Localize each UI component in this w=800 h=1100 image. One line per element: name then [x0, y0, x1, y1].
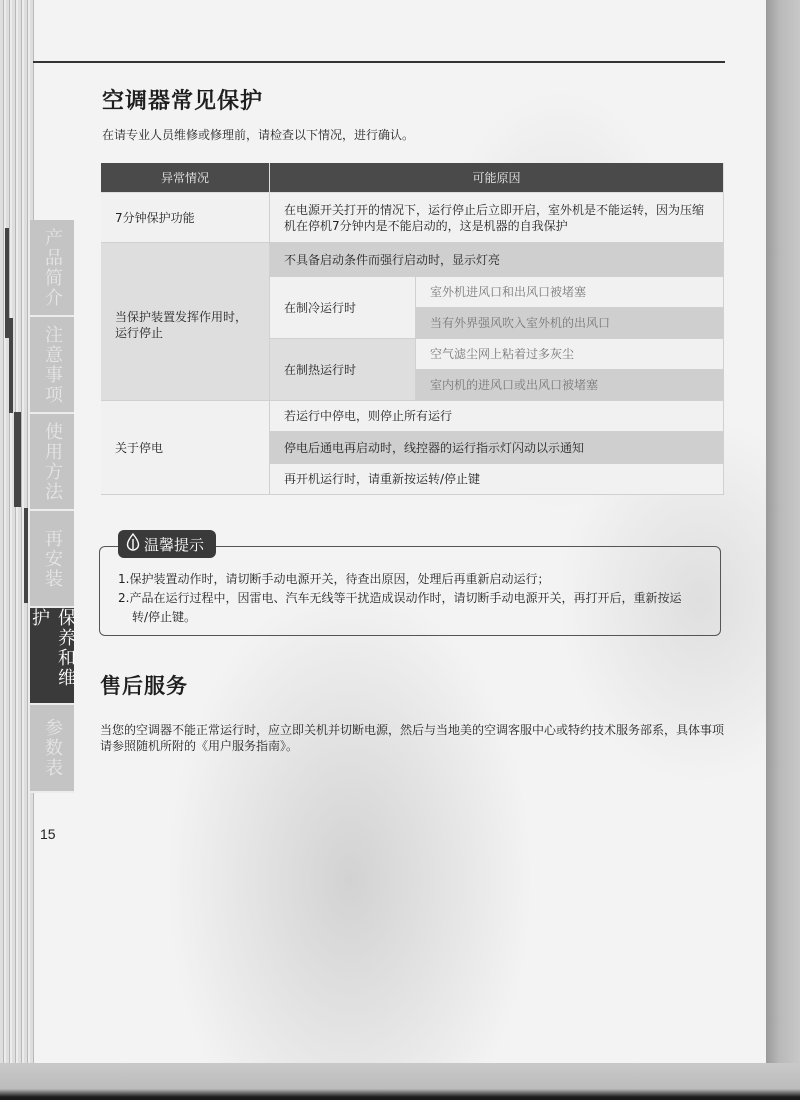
- table-header-cause: 可能原因: [270, 163, 724, 193]
- table-cell-cause: 空气滤尘网上粘着过多灰尘: [416, 339, 724, 370]
- page-edge-shadow-right: [766, 0, 800, 1063]
- section-title-protection: 空调器常见保护: [102, 84, 263, 115]
- section-intro: 在请专业人员维修或修理前，请检查以下情况，进行确认。: [102, 126, 414, 143]
- tab-reinstall[interactable]: 再安装: [30, 511, 74, 608]
- page-number: 15: [40, 826, 56, 842]
- tab-product-intro[interactable]: 产品简介: [30, 220, 74, 317]
- binding-mark: [9, 318, 13, 413]
- warm-tip-badge: 温馨提示: [118, 530, 216, 558]
- table-header-condition: 异常情况: [101, 163, 270, 193]
- warm-tip-content: 1.保护装置动作时，请切断手动电源开关，待查出原因，处理后再重新启动运行； 2.…: [118, 570, 718, 627]
- table-cell-condition: 当保护装置发挥作用时，运行停止: [101, 243, 270, 401]
- tip-line-2: 2.产品在运行过程中，因雷电、汽车无线等干扰造成误动作时，请切断手动电源开关，再…: [118, 589, 718, 608]
- tab-maintenance[interactable]: 保养和维护: [30, 608, 74, 705]
- table-cell-cause: 室内机的进风口或出风口被堵塞: [416, 370, 724, 401]
- table-cell-condition: 关于停电: [101, 401, 270, 495]
- after-sales-body: 当您的空调器不能正常运行时，应立即关机并切断电源，然后与当地美的空调客服中心或特…: [100, 722, 725, 754]
- table-cell-mode-cooling: 在制冷运行时: [270, 277, 416, 339]
- table-cell-cause: 若运行中停电，则停止所有运行: [270, 401, 724, 432]
- tab-precautions[interactable]: 注意事项: [30, 317, 74, 414]
- binding-mark: [14, 412, 21, 507]
- table-cell-cause: 不具备启动条件而强行启动时，显示灯亮: [270, 243, 724, 277]
- table-cell-cause: 室外机进风口和出风口被堵塞: [416, 277, 724, 308]
- table-cell-cause: 再开机运行时，请重新按运转/停止键: [270, 464, 724, 495]
- binding-edge: [0, 0, 34, 1063]
- tab-usage[interactable]: 使用方法: [30, 414, 74, 511]
- table-cell-mode-heating: 在制热运行时: [270, 339, 416, 401]
- manual-page: [0, 0, 766, 1063]
- table-cell-cause: 停电后通电再启动时，线控器的运行指示灯闪动以示通知: [270, 432, 724, 464]
- tip-line-1: 1.保护装置动作时，请切断手动电源开关，待查出原因，处理后再重新启动运行；: [118, 570, 718, 589]
- table-cell-condition: 7分钟保护功能: [101, 193, 270, 243]
- leaf-drop-icon: [126, 533, 140, 555]
- page-edge-shadow-bottom: [0, 1063, 800, 1100]
- chapter-tabs: 产品简介 注意事项 使用方法 再安装 保养和维护 参数表: [30, 220, 74, 793]
- binding-mark: [24, 508, 28, 603]
- warm-tip-label: 温馨提示: [144, 534, 204, 555]
- tab-specs[interactable]: 参数表: [30, 705, 74, 793]
- table-cell-cause: 在电源开关打开的情况下，运行停止后立即开启，室外机是不能运转，因为压缩机在停机7…: [270, 193, 724, 243]
- section-title-after-sales: 售后服务: [100, 670, 188, 700]
- table-cell-cause: 当有外界强风吹入室外机的出风口: [416, 308, 724, 339]
- header-rule: [33, 61, 725, 63]
- tip-line-2-cont: 转/停止键。: [118, 608, 718, 627]
